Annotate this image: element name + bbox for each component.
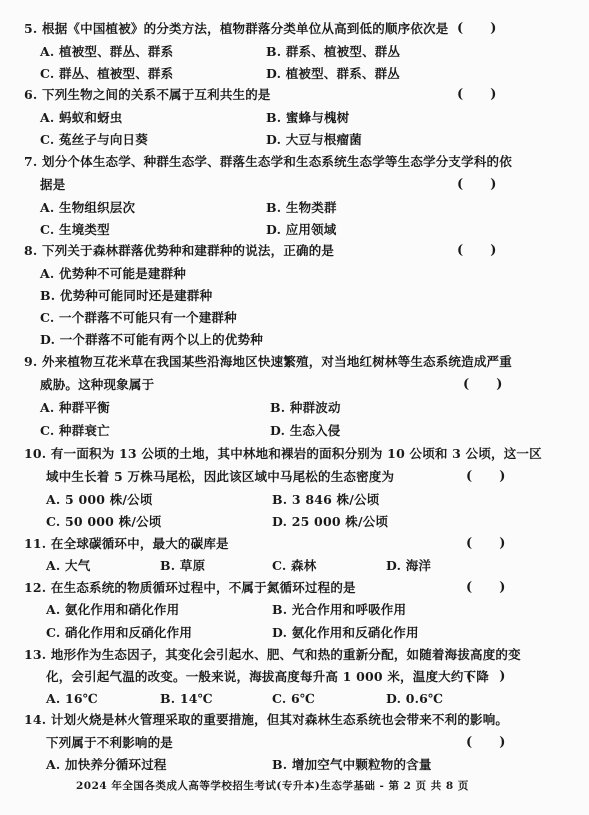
question-12-option-c: C. 硝化作用和反硝化作用 (46, 625, 192, 641)
question-6-option-a: A. 蚂蚁和蚜虫 (40, 110, 123, 126)
answer-blank-7[interactable]: ( ) (457, 177, 496, 193)
answer-blank-10[interactable]: ( ) (466, 469, 505, 485)
question-12-option-a: A. 氨化作用和硝化作用 (46, 602, 179, 618)
question-5-option-b: B. 群系、植被型、群丛 (266, 44, 400, 60)
question-13-option-b: B. 14℃ (160, 691, 213, 707)
question-14-stem-continued: 下列属于不利影响的是 (46, 735, 173, 751)
answer-blank-8[interactable]: ( ) (457, 243, 496, 259)
question-5-stem: 5. 根据《中国植被》的分类方法，植物群落分类单位从高到低的顺序依次是 (24, 21, 448, 37)
question-10-option-b: B. 3 846 株/公顷 (272, 492, 379, 508)
question-12-option-b: B. 光合作用和呼吸作用 (272, 602, 406, 618)
question-11-option-a: A. 大气 (46, 558, 90, 574)
question-11-option-c: C. 森林 (272, 558, 316, 574)
answer-blank-11[interactable]: ( ) (466, 536, 505, 552)
question-7-stem-continued: 据是 (40, 177, 65, 193)
answer-blank-12[interactable]: ( ) (466, 580, 505, 596)
question-7-option-a: A. 生物组织层次 (40, 200, 135, 216)
question-6-stem: 6. 下列生物之间的关系不属于互利共生的是 (24, 87, 271, 103)
question-7-option-b: B. 生物类群 (266, 200, 337, 216)
question-14-option-a: A. 加快养分循环过程 (46, 757, 167, 773)
question-11-stem: 11. 在全球碳循环中，最大的碳库是 (24, 536, 229, 552)
question-11-option-d: D. 海洋 (386, 558, 431, 574)
question-12-stem: 12. 在生态系统的物质循环过程中，不属于氮循环过程的是 (24, 580, 356, 596)
question-6-option-b: B. 蜜蜂与槐树 (266, 110, 349, 126)
question-6-option-c: C. 菟丝子与向日葵 (40, 132, 148, 148)
question-9-stem-continued: 威胁。这种现象属于 (40, 377, 154, 393)
question-9-stem: 9. 外来植物互花米草在我国某些沿海地区快速繁殖，对当地红树林等生态系统造成严重 (24, 354, 512, 370)
question-8-option-b: B. 优势种可能同时还是建群种 (40, 288, 212, 304)
question-9-option-c: C. 种群衰亡 (40, 423, 110, 439)
question-8-option-d: D. 一个群落不可能有两个以上的优势种 (40, 332, 263, 348)
question-7-option-c: C. 生境类型 (40, 222, 110, 238)
answer-blank-9[interactable]: ( ) (463, 377, 502, 393)
question-7-option-d: D. 应用领域 (266, 222, 337, 238)
question-9-option-a: A. 种群平衡 (40, 400, 110, 416)
answer-blank-13[interactable]: ( ) (466, 669, 505, 685)
question-9-option-d: D. 生态入侵 (270, 423, 341, 439)
question-14-stem: 14. 计划火烧是林火管理采取的重要措施，但其对森林生态系统也会带来不利的影响。 (24, 712, 508, 728)
question-10-option-a: A. 5 000 株/公顷 (46, 492, 153, 508)
question-9-option-b: B. 种群波动 (270, 400, 341, 416)
question-8-stem: 8. 下列关于森林群落优势种和建群种的说法，正确的是 (24, 243, 334, 259)
answer-blank-6[interactable]: ( ) (457, 87, 496, 103)
question-13-option-c: C. 6℃ (272, 691, 315, 707)
question-6-option-d: D. 大豆与根瘤菌 (266, 132, 362, 148)
question-13-stem-continued: 化，会引起气温的改变。一般来说，海拔高度每升高 1 000 米，温度大约下降 (46, 669, 489, 685)
question-5-option-a: A. 植被型、群丛、群系 (40, 44, 173, 60)
question-5-option-d: D. 植被型、群系、群丛 (266, 66, 400, 82)
question-12-option-d: D. 氨化作用和反硝化作用 (272, 625, 419, 641)
exam-page: 5. 根据《中国植被》的分类方法，植物群落分类单位从高到低的顺序依次是 ( ) … (0, 0, 589, 815)
answer-blank-14[interactable]: ( ) (466, 735, 505, 751)
question-7-stem: 7. 划分个体生态学、种群生态学、群落生态学和生态系统生态学等生态学分支学科的依 (24, 154, 512, 170)
answer-blank-5[interactable]: ( ) (457, 21, 496, 37)
question-13-option-d: D. 0.6℃ (386, 691, 443, 707)
question-13-stem: 13. 地形作为生态因子，其变化会引起水、肥、气和热的重新分配，如随着海拔高度的… (24, 647, 521, 663)
question-10-stem-continued: 域中生长着 5 万株马尾松，因此该区域中马尾松的生态密度为 (46, 469, 394, 485)
question-5-option-c: C. 群丛、植被型、群系 (40, 66, 173, 82)
question-8-option-a: A. 优势种不可能是建群种 (40, 266, 186, 282)
question-8-option-c: C. 一个群落不可能只有一个建群种 (40, 310, 237, 326)
question-10-option-c: C. 50 000 株/公顷 (46, 514, 162, 530)
question-14-option-b: B. 增加空气中颗粒物的含量 (272, 757, 432, 773)
page-footer: 2024 年全国各类成人高等学校招生考试(专升本)生态学基础 - 第 2 页 共… (76, 778, 469, 793)
question-11-option-b: B. 草原 (160, 558, 205, 574)
question-10-option-d: D. 25 000 株/公顷 (272, 514, 388, 530)
question-10-stem: 10. 有一面积为 13 公顷的土地，其中林地和裸岩的面积分别为 10 公顷和 … (24, 446, 542, 462)
question-13-option-a: A. 16℃ (46, 691, 98, 707)
